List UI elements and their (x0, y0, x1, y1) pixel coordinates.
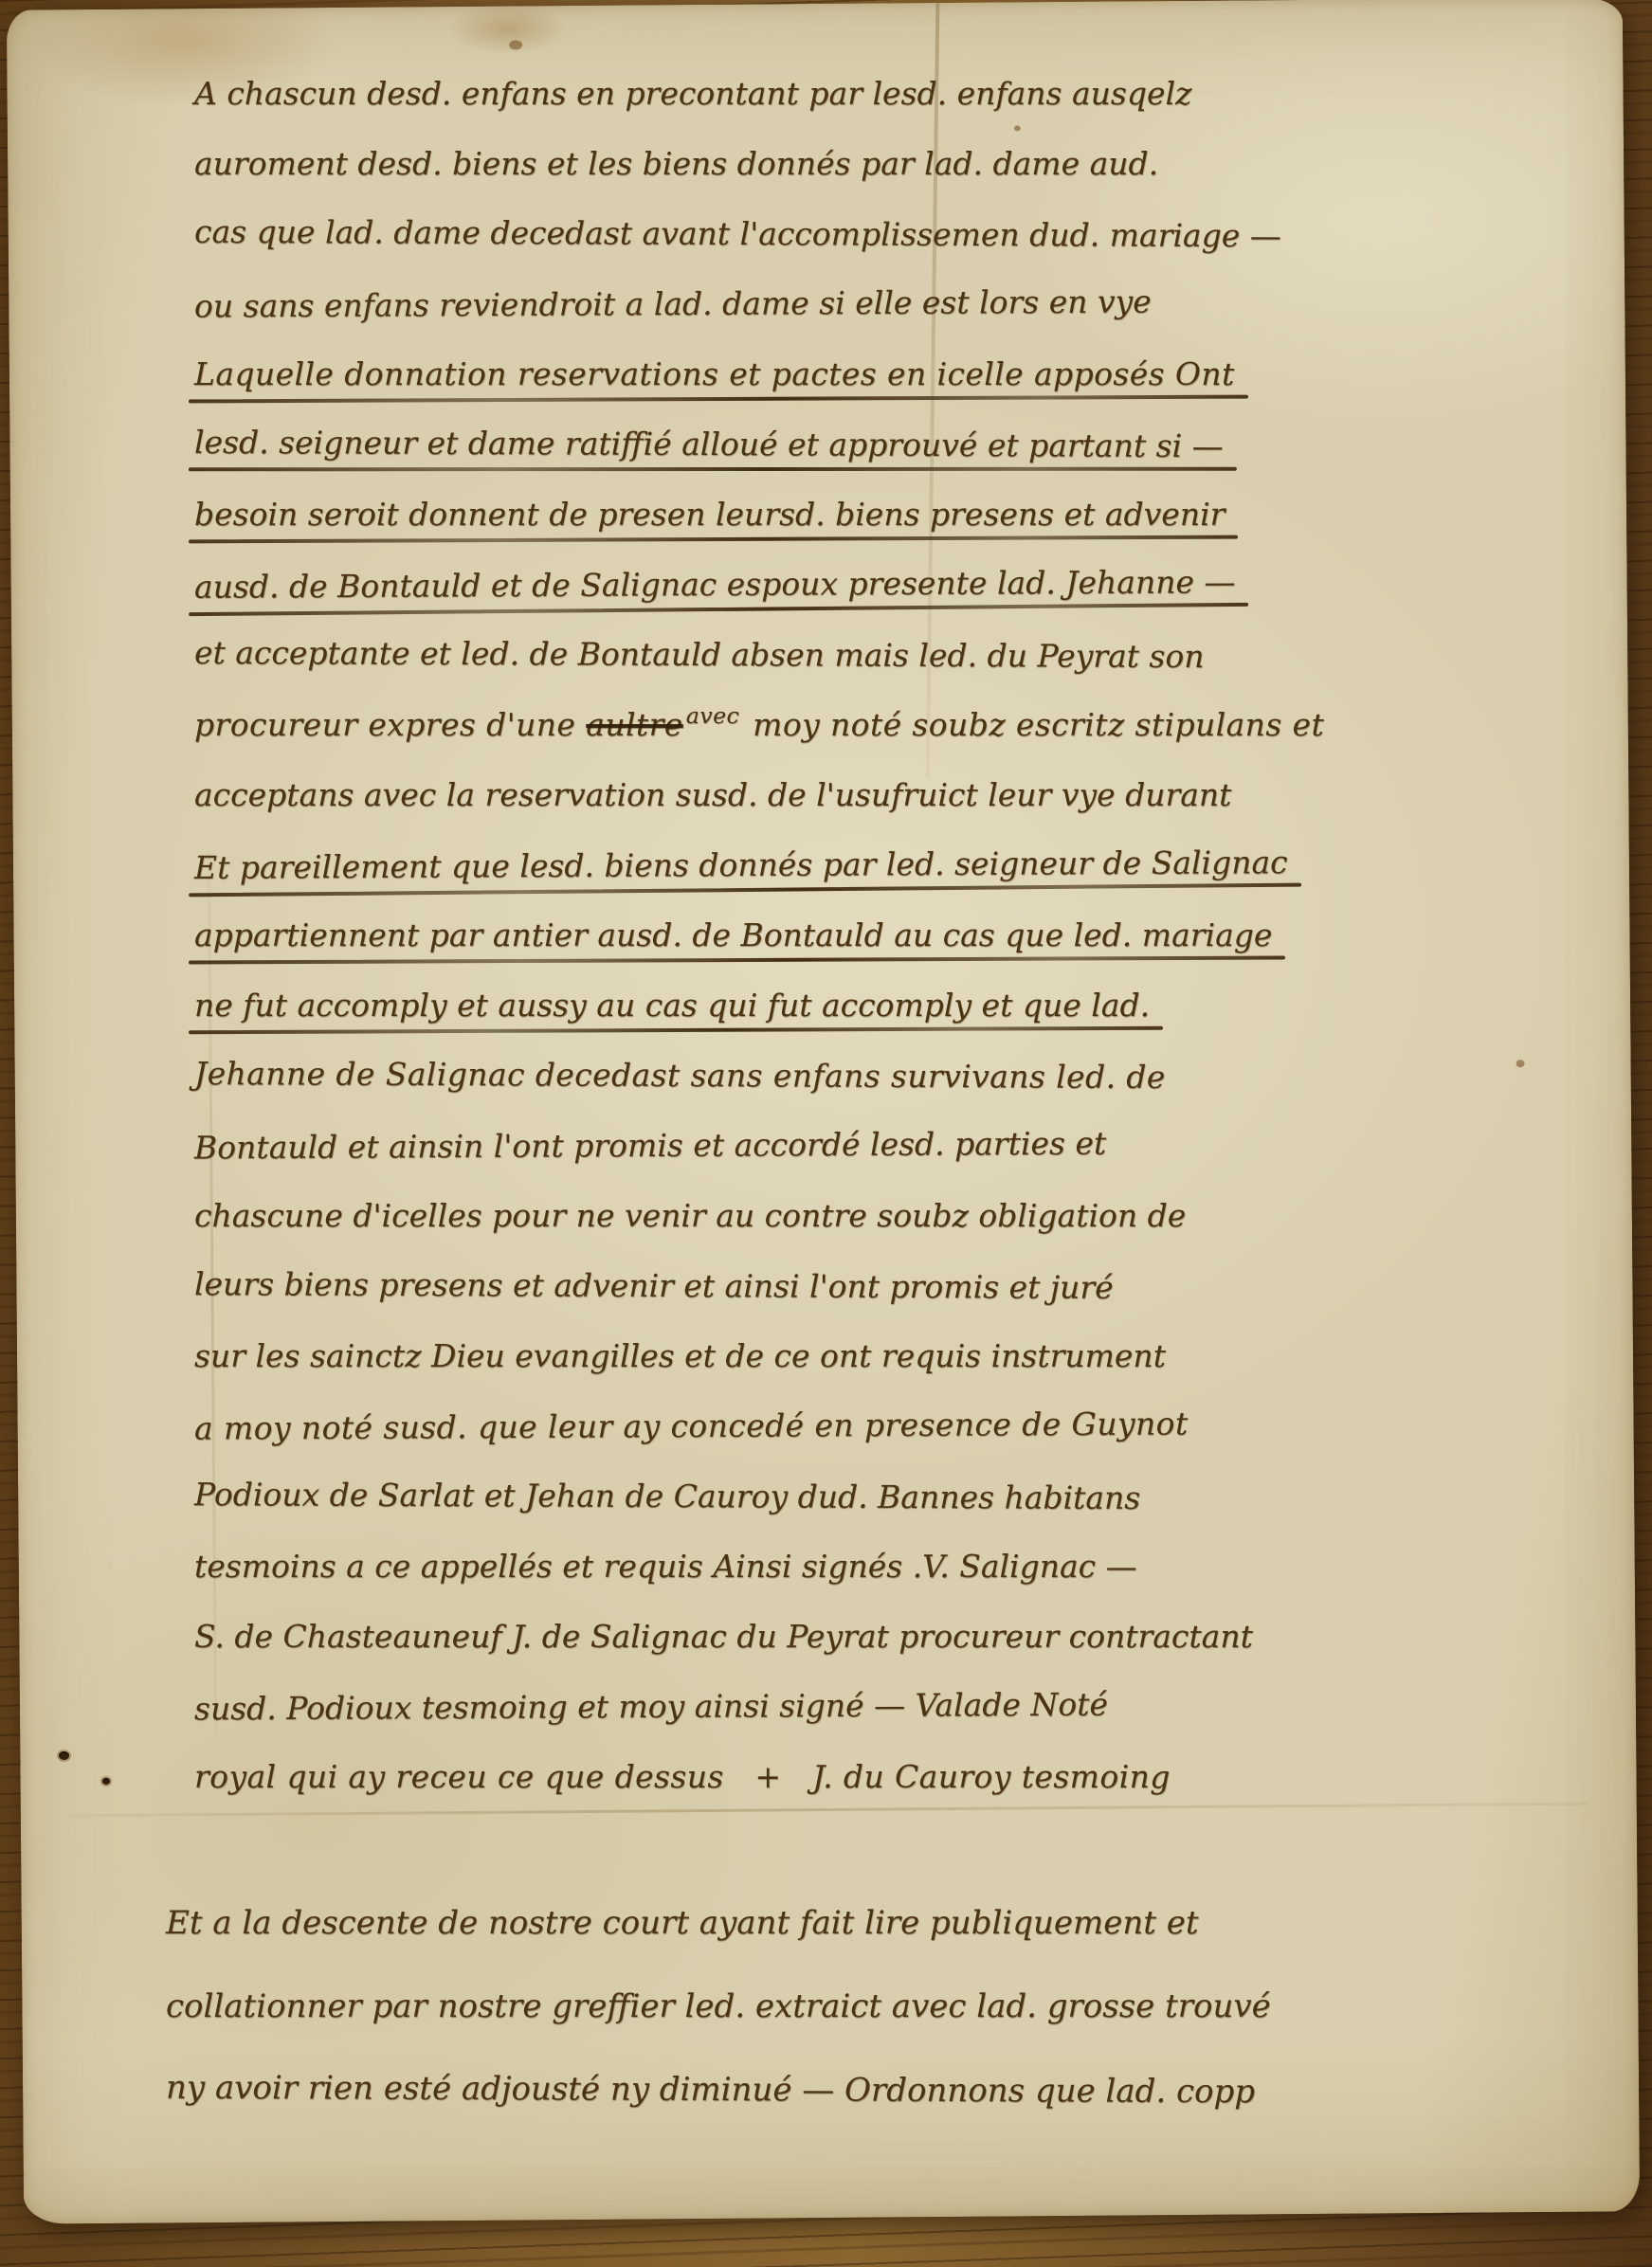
manuscript-line: Jehanne de Salignac decedast sans enfans… (194, 1039, 1166, 1113)
struck-word: aultre (586, 706, 682, 743)
manuscript-line: lesd. seigneur et dame ratiffié alloué e… (194, 408, 1224, 481)
manuscript-line: besoin seroit donnent de presen leursd. … (194, 480, 1225, 550)
manuscript-line: leurs biens presens et advenir et ainsi … (194, 1249, 1114, 1323)
manuscript-line: acceptans avec la reservation susd. de l… (194, 760, 1231, 830)
stain-speck (1516, 1060, 1525, 1067)
manuscript-line: ausd. de Bontauld et de Salignac espoux … (194, 547, 1236, 622)
manuscript-line: procureur expres d'une aultreavec moy no… (194, 690, 1324, 760)
stain-speck (509, 40, 522, 49)
body-lines: A chascun desd. enfans en precontant par… (194, 59, 1324, 1812)
manuscript-line: appartiennent par antier ausd. de Bontau… (194, 900, 1272, 970)
wormhole (59, 1751, 69, 1760)
manuscript-line: et acceptante et led. de Bontauld absen … (194, 618, 1205, 692)
manuscript-line: Laquelle donnation reservations et pacte… (194, 339, 1235, 409)
manuscript-line: susd. Podioux tesmoing et moy ainsi sign… (194, 1670, 1108, 1745)
manuscript-line: ou sans enfans reviendroit a lad. dame s… (194, 267, 1152, 342)
manuscript-line: ne fut accomply et aussy au cas qui fut … (194, 970, 1150, 1041)
manuscript-line: sur les sainctz Dieu evangilles et de ce… (194, 1321, 1166, 1391)
manuscript-line: Bontauld et ainsin l'ont promis et accor… (194, 1109, 1107, 1184)
manuscript-line: Podioux de Sarlat et Jehan de Cauroy dud… (194, 1460, 1140, 1533)
manuscript-line: collationner par nostre greffier led. ex… (166, 1965, 1271, 2048)
manuscript-line: cas que lad. dame decedast avant l'accom… (194, 197, 1281, 271)
manuscript-line: S. de Chasteauneuf J. de Salignac du Pey… (194, 1602, 1253, 1672)
wormhole (102, 1778, 110, 1785)
manuscript-line: tesmoins a ce appellés et requis Ainsi s… (194, 1532, 1137, 1602)
closing-lines: Et a la descente de nostre court ayant f… (166, 1881, 1271, 2131)
manuscript-line: Et a la descente de nostre court ayant f… (166, 1881, 1199, 1965)
interlinear-insertion: avec (686, 702, 740, 729)
manuscript-line: a moy noté susd. que leur ay concedé en … (194, 1388, 1189, 1463)
manuscript-line: ny avoir rien esté adjousté ny diminué —… (166, 2046, 1255, 2133)
manuscript-line: Et pareillement que lesd. biens donnés p… (194, 827, 1288, 903)
manuscript-line: chascune d'icelles pour ne venir au cont… (194, 1181, 1186, 1251)
manuscript-line: auroment desd. biens et les biens donnés… (194, 129, 1158, 199)
manuscript-line: royal qui ay receu ce que dessus + J. du… (194, 1742, 1171, 1812)
manuscript-line: A chascun desd. enfans en precontant par… (194, 59, 1191, 129)
wood-table-background: A chascun desd. enfans en precontant par… (0, 0, 1652, 2267)
